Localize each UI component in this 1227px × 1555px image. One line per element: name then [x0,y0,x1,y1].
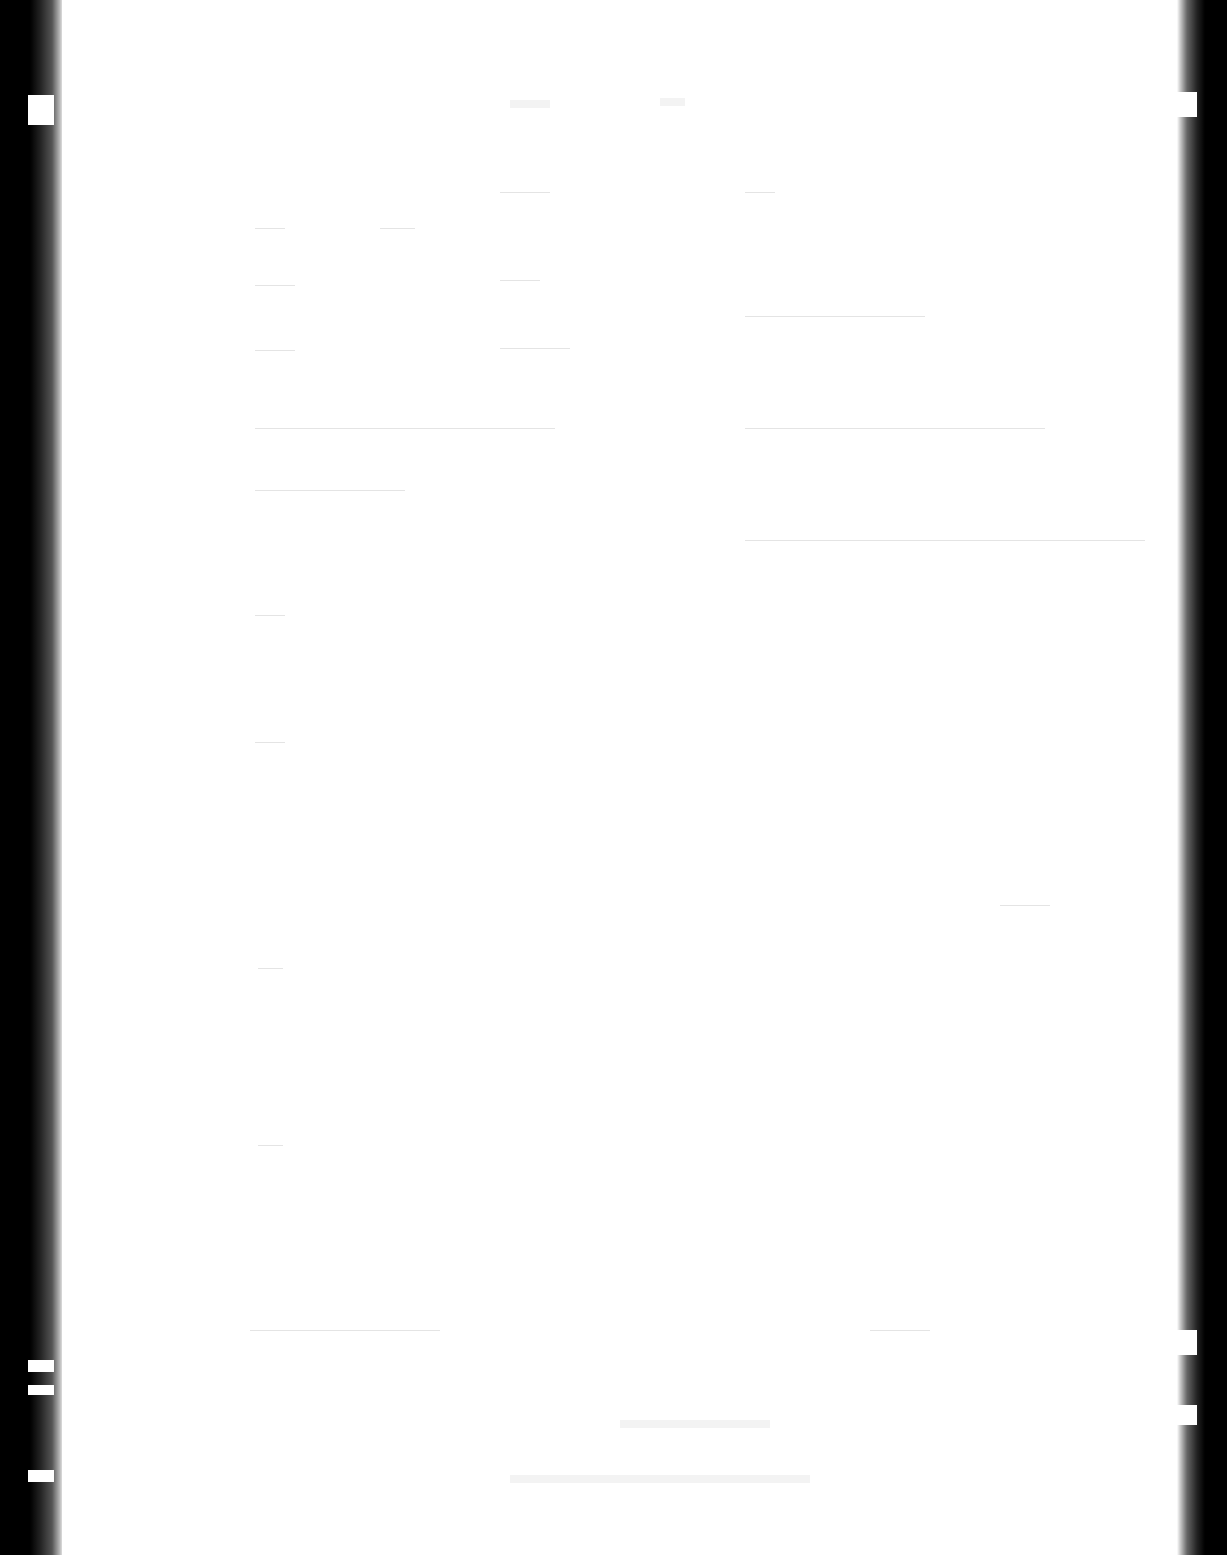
border-notch [28,1470,54,1482]
table-rule [500,348,570,349]
border-notch [1175,1405,1197,1425]
table-rule [745,540,1145,541]
footer-text [620,1420,770,1428]
scanner-border-left [0,0,62,1555]
table-rule [255,285,295,286]
table-rule [255,350,295,351]
table-rule [870,1330,930,1331]
table-rule [745,316,925,317]
header-text [510,100,550,108]
table-rule [255,742,285,743]
table-rule [258,1145,283,1146]
table-rule [745,428,1045,429]
table-rule [745,192,775,193]
table-rule [258,968,283,969]
border-notch [1175,92,1197,117]
border-notch [28,1360,54,1372]
border-notch [28,1385,54,1395]
table-rule [255,615,285,616]
footer-text [510,1475,810,1483]
border-notch [1175,1330,1197,1355]
border-notch [28,95,54,125]
scanner-border-right [1177,0,1227,1555]
table-rule [500,192,550,193]
table-rule [255,228,285,229]
table-rule [500,280,540,281]
table-rule [380,228,415,229]
table-rule [250,1330,440,1331]
table-rule [255,490,405,491]
table-rule [1000,905,1050,906]
header-text [660,98,685,106]
table-rule [255,428,555,429]
